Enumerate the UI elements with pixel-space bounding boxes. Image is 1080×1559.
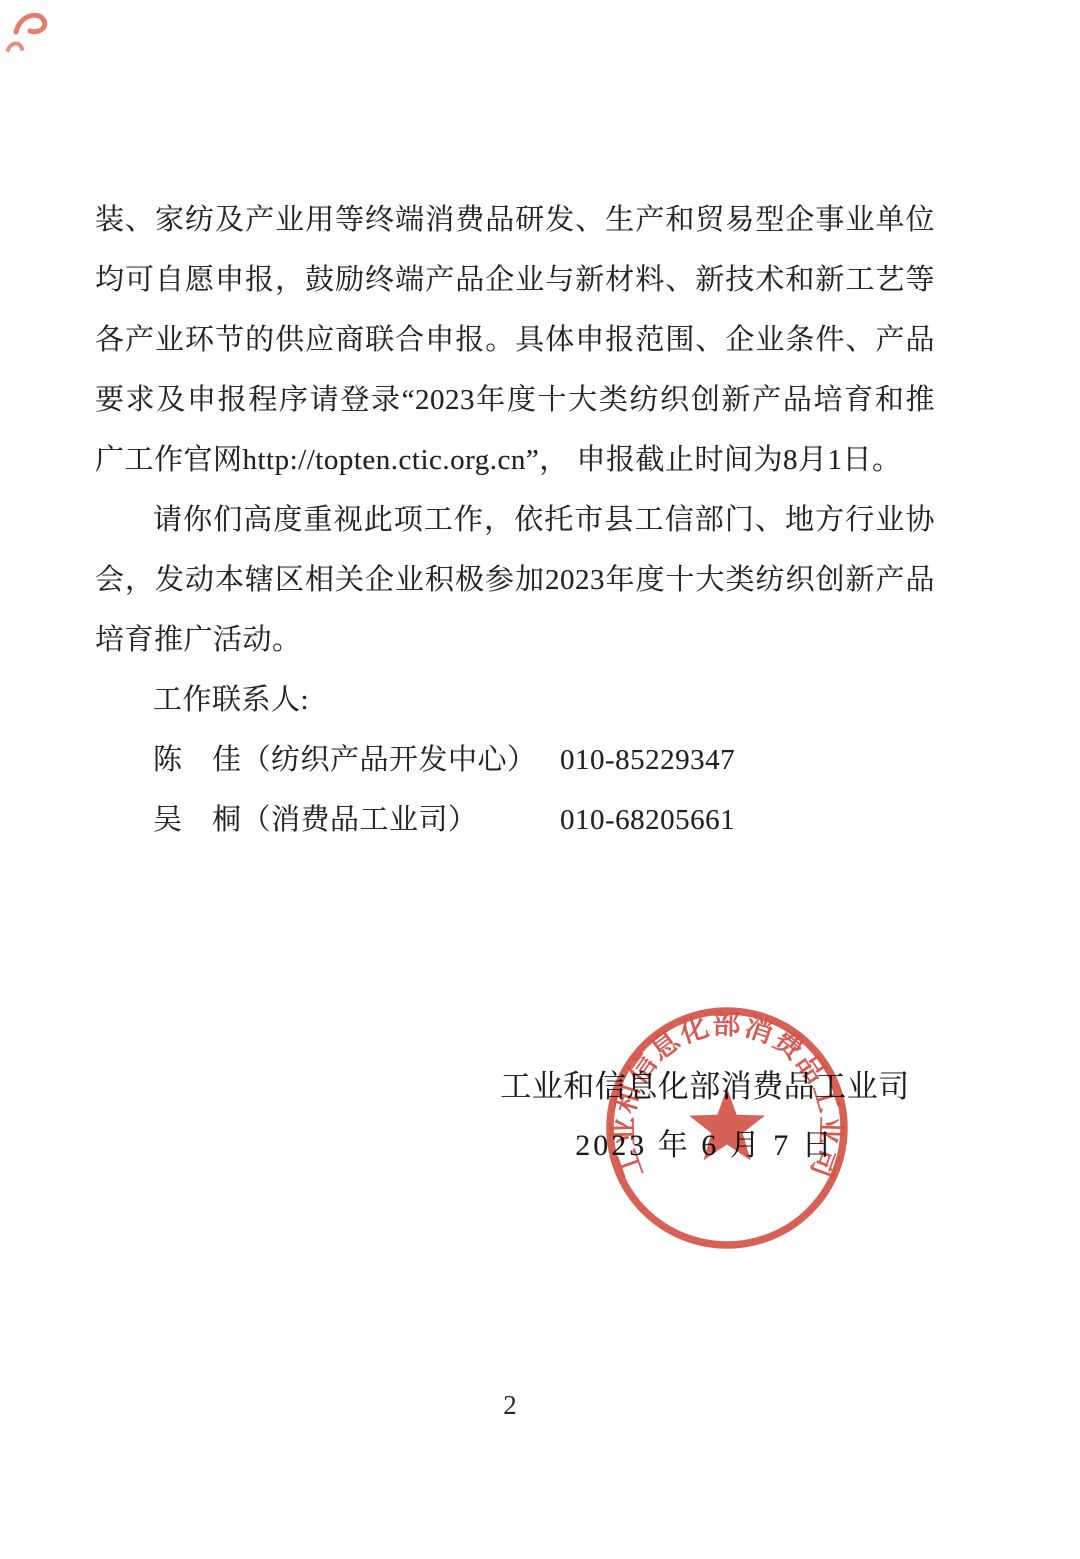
letter-body: 装、家纺及产业用等终端消费品研发、生产和贸易型企事业单位 均可自愿申报，鼓励终端… [95,190,935,850]
contact-name: 吴 桐（消费品工业司） [153,804,478,836]
body-line: 会，发动本辖区相关企业积极参加2023年度十大类纺织创新产品 [95,550,935,610]
body-line: 各产业环节的供应商联合申报。具体申报范围、企业条件、产品 [95,310,935,370]
contact-phone: 010-85229347 [560,730,735,790]
contact-phone: 010-68205661 [560,790,735,850]
red-ink-artifact [2,4,92,64]
body-line: 均可自愿申报，鼓励终端产品企业与新材料、新技术和新工艺等 [95,250,935,310]
contacts-heading: 工作联系人: [95,670,935,730]
scan-artifact-patch [95,148,240,190]
body-line: 培育推广活动。 [95,610,935,670]
page-number: 2 [445,1390,575,1421]
official-seal: 工业和信息化部消费品工业司 [597,997,857,1257]
body-line: 请你们高度重视此项工作，依托市县工信部门、地方行业协 [95,490,935,550]
body-line-url: 广工作官网http://topten.ctic.org.cn”， 申报截止时间为… [95,430,935,490]
contact-row: 陈 佳（纺织产品开发中心） 010-85229347 [95,730,935,790]
scanned-letter-page: 装、家纺及产业用等终端消费品研发、生产和贸易型企事业单位 均可自愿申报，鼓励终端… [0,0,1080,1559]
scan-artifact-patch [0,190,48,240]
scan-artifact-patch [0,95,95,190]
contact-row: 吴 桐（消费品工业司） 010-68205661 [95,790,935,850]
contact-name: 陈 佳（纺织产品开发中心） [153,744,537,776]
body-line: 要求及申报程序请登录“2023年度十大类纺织创新产品培育和推 [95,370,935,430]
body-line: 装、家纺及产业用等终端消费品研发、生产和贸易型企事业单位 [95,190,935,250]
seal-star-icon [689,1088,765,1160]
